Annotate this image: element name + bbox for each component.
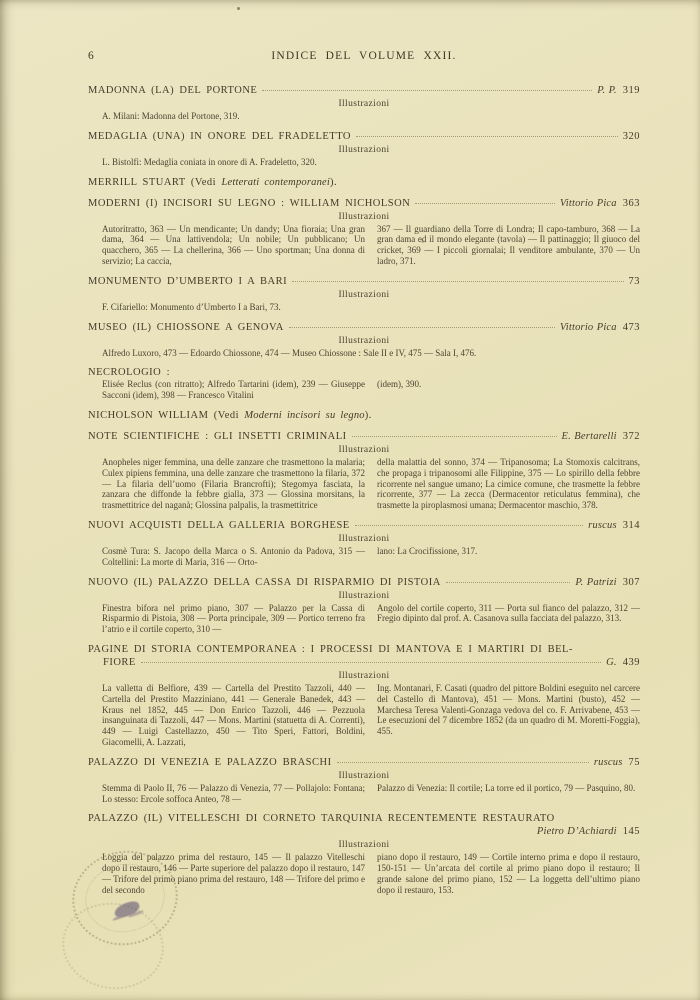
illustrations-label: Illustrazioni [88,840,640,850]
illustration-column-right: della malattia del sonno, 374 — Tripanos… [377,457,640,511]
index-entry-pagine-storia: PAGINE DI STORIA CONTEMPORANEA : I PROCE… [88,643,640,748]
paper-speck [237,7,240,10]
entry-title: MERRILL STUART (Vedi Letterati contempor… [88,176,337,189]
leader-dots [356,136,618,137]
entry-page-number: 372 [623,430,640,443]
illustration-column-left: Autoritratto, 363 — Un mendicante; Un da… [102,224,365,267]
leader-dots [292,281,623,282]
leader-dots [446,582,571,583]
stamp-lower-ring [56,896,170,997]
illustrations-label: Illustrazioni [88,290,640,300]
illustrations-label: Illustrazioni [88,99,640,109]
leader-dots [289,327,555,328]
leader-dots [141,662,601,663]
illustration-column-left: Anopheles niger femmina, una delle zanza… [102,457,365,511]
illustration-column-right: (idem), 390. [377,379,640,401]
index-entry-palazzo-venezia: PALAZZO DI VENEZIA E PALAZZO BRASCHI rus… [88,756,640,805]
illustration-column-left: Cosmè Tura: S. Jacopo della Marca o S. A… [102,546,365,568]
illustration-columns: Cosmè Tura: S. Jacopo della Marca o S. A… [102,546,640,568]
entry-author: P. Patrizi [575,576,616,589]
entry-page-number: 439 [623,656,640,669]
illustration-column-right: lano: La Crocifissione, 317. [377,546,640,568]
index-entry-nuovo-palazzo: NUOVO (IL) PALAZZO DELLA CASSA DI RISPAR… [88,576,640,635]
entry-title-row: NICHOLSON WILLIAM (Vedi Moderni incisori… [88,409,640,422]
index-entry-nicholson: NICHOLSON WILLIAM (Vedi Moderni incisori… [88,409,640,422]
entry-title: NECROLOGIO : [88,366,170,379]
entry-title: MUSEO (IL) CHIOSSONE A GENOVA [88,321,284,334]
entry-page-number: 320 [623,130,640,143]
illustration-column-left: Loggia del palazzo prima del restauro, 1… [102,852,365,895]
entry-page-number: 145 [623,825,640,838]
illustration-columns: Loggia del palazzo prima del restauro, 1… [102,852,640,895]
entry-title-row: NOTE SCIENTIFICHE : GLI INSETTI CRIMINAL… [88,430,640,443]
entry-title-row: MERRILL STUART (Vedi Letterati contempor… [88,176,640,189]
entry-title-row: NUOVI ACQUISTI DELLA GALLERIA BORGHESE r… [88,519,640,532]
index-entry-monumento: MONUMENTO D’UMBERTO I A BARI 73 Illustra… [88,275,640,313]
illustration-column-right: Angolo del cortile coperto, 311 — Porta … [377,603,640,635]
leader-dots [355,525,583,526]
index-entry-note-scientifiche: NOTE SCIENTIFICHE : GLI INSETTI CRIMINAL… [88,430,640,511]
entry-page-number: 314 [623,519,640,532]
index-entry-nuovi-acquisti: NUOVI ACQUISTI DELLA GALLERIA BORGHESE r… [88,519,640,568]
entry-title-row: MUSEO (IL) CHIOSSONE A GENOVA Vittorio P… [88,321,640,334]
title-text: MERRILL STUART (Vedi [88,177,221,188]
entry-author: E. Bertarelli [562,430,617,443]
illustration-column-right: 367 — Il guardiano della Torre di Londra… [377,224,640,267]
entry-title: NUOVI ACQUISTI DELLA GALLERIA BORGHESE [88,519,350,532]
title-text: ). [365,410,372,421]
entry-author: Vittorio Pica [560,197,617,210]
illustration-text: A. Milani: Madonna del Portone, 319. [102,111,640,122]
entry-title-line1: PALAZZO (IL) VITELLESCHI DI CORNETO TARQ… [88,812,555,825]
entry-author: Pietro D’Achiardi [537,825,617,838]
entry-title: MONUMENTO D’UMBERTO I A BARI [88,275,287,288]
leader-dots [337,762,589,763]
leader-dots [415,203,555,204]
entry-author: Vittorio Pica [560,321,617,334]
illustration-columns: La valletta di Belfiore, 439 — Cartella … [102,683,640,748]
illustration-column-left: La valletta di Belfiore, 439 — Cartella … [102,683,365,748]
index-entry-palazzo-vitelleschi: PALAZZO (IL) VITELLESCHI DI CORNETO TARQ… [88,812,640,895]
entry-page-number: 473 [623,321,640,334]
entry-author: ruscus [594,756,623,769]
illustration-column-left: Stemma di Paolo II, 76 — Palazzo di Vene… [102,783,365,805]
illustration-column-left: Finestra bifora nel primo piano, 307 — P… [102,603,365,635]
illustrations-label: Illustrazioni [88,145,640,155]
entry-page-number: 319 [623,84,640,97]
entry-author: P. P. [597,84,617,97]
illustration-column-right: Ing. Montanari, F. Casati (quadro del pi… [377,683,640,748]
illustrations-label: Illustrazioni [88,212,640,222]
illustration-columns: Anopheles niger femmina, una delle zanza… [102,457,640,511]
leader-dots [262,90,592,91]
paper-speck [421,240,425,243]
index-entry-medaglia: MEDAGLIA (UNA) IN ONORE DEL FRADELETTO 3… [88,130,640,168]
illustrations-label: Illustrazioni [88,671,640,681]
entry-page-number: 73 [629,275,641,288]
illustration-text: Alfredo Luxoro, 473 — Edoardo Chiossone,… [102,348,640,359]
illustrations-label: Illustrazioni [88,336,640,346]
index-entry-moderni: MODERNI (I) INCISORI SU LEGNO : WILLIAM … [88,197,640,267]
folio-number: 6 [88,50,148,62]
page-header: 6 INDICE DEL VOLUME XXII. [88,50,640,62]
entry-title-line1: PAGINE DI STORIA CONTEMPORANEA : I PROCE… [88,643,573,656]
entry-title-row: NUOVO (IL) PALAZZO DELLA CASSA DI RISPAR… [88,576,640,589]
entry-author: ruscus [588,519,617,532]
index-entry-museo: MUSEO (IL) CHIOSSONE A GENOVA Vittorio P… [88,321,640,359]
title-italic: Moderni incisori su legno [244,410,364,421]
illustration-columns: Finestra bifora nel primo piano, 307 — P… [102,603,640,635]
leader-dots [352,436,557,437]
entry-title-row: MEDAGLIA (UNA) IN ONORE DEL FRADELETTO 3… [88,130,640,143]
running-title: INDICE DEL VOLUME XXII. [148,50,580,62]
illustration-columns: Elisée Reclus (con ritratto); Alfredo Ta… [102,379,640,401]
entry-title: NICHOLSON WILLIAM (Vedi Moderni incisori… [88,409,372,422]
entry-title-row: MONUMENTO D’UMBERTO I A BARI 73 [88,275,640,288]
illustration-text: F. Cifariello: Monumento d’Umberto I a B… [102,302,640,313]
entry-title: NUOVO (IL) PALAZZO DELLA CASSA DI RISPAR… [88,576,441,589]
page-content: 6 INDICE DEL VOLUME XXII. MADONNA (LA) D… [88,50,640,904]
index-entry-necrologio: NECROLOGIO : Elisée Reclus (con ritratto… [88,366,640,401]
entry-title: NOTE SCIENTIFICHE : GLI INSETTI CRIMINAL… [88,430,347,443]
entry-page-number: 307 [623,576,640,589]
entry-title-row: NECROLOGIO : [88,366,640,379]
title-text: ). [330,177,337,188]
entry-page-number: 75 [629,756,641,769]
entry-title-row: PALAZZO DI VENEZIA E PALAZZO BRASCHI rus… [88,756,640,769]
index-entry-madonna: MADONNA (LA) DEL PORTONE P. P. 319 Illus… [88,84,640,122]
scanned-index-page: 6 INDICE DEL VOLUME XXII. MADONNA (LA) D… [0,0,700,1000]
entry-title-row: MODERNI (I) INCISORI SU LEGNO : WILLIAM … [88,197,640,210]
illustration-columns: Autoritratto, 363 — Un mendicante; Un da… [102,224,640,267]
entry-author-row: Pietro D’Achiardi 145 [88,825,640,838]
title-italic: Letterati contemporanei [221,177,330,188]
illustrations-label: Illustrazioni [88,534,640,544]
entry-title-row: PALAZZO (IL) VITELLESCHI DI CORNETO TARQ… [88,812,640,825]
illustrations-label: Illustrazioni [88,591,640,601]
illustration-text: L. Bistolfi: Medaglia coniata in onore d… [102,157,640,168]
illustration-column-left: Elisée Reclus (con ritratto); Alfredo Ta… [102,379,365,401]
entry-title: MODERNI (I) INCISORI SU LEGNO : WILLIAM … [88,197,410,210]
illustrations-label: Illustrazioni [88,445,640,455]
entry-title-row2: FIORE G. 439 [88,656,640,669]
illustration-column-right: piano dopo il restauro, 149 — Cortile in… [377,852,640,895]
entry-author: G. [606,656,617,669]
entry-page-number: 363 [623,197,640,210]
title-text: NICHOLSON WILLIAM (Vedi [88,410,244,421]
illustrations-label: Illustrazioni [88,771,640,781]
illustration-columns: Stemma di Paolo II, 76 — Palazzo di Vene… [102,783,640,805]
entry-title: PALAZZO DI VENEZIA E PALAZZO BRASCHI [88,756,332,769]
index-entry-merrill: MERRILL STUART (Vedi Letterati contempor… [88,176,640,189]
entry-title-line2: FIORE [103,656,136,669]
entry-title-row: MADONNA (LA) DEL PORTONE P. P. 319 [88,84,640,97]
illustration-column-right: Palazzo di Venezia: Il cortile; La torre… [377,783,640,805]
entry-title: MEDAGLIA (UNA) IN ONORE DEL FRADELETTO [88,130,351,143]
entry-title: MADONNA (LA) DEL PORTONE [88,84,257,97]
entry-title-row: PAGINE DI STORIA CONTEMPORANEA : I PROCE… [88,643,640,656]
